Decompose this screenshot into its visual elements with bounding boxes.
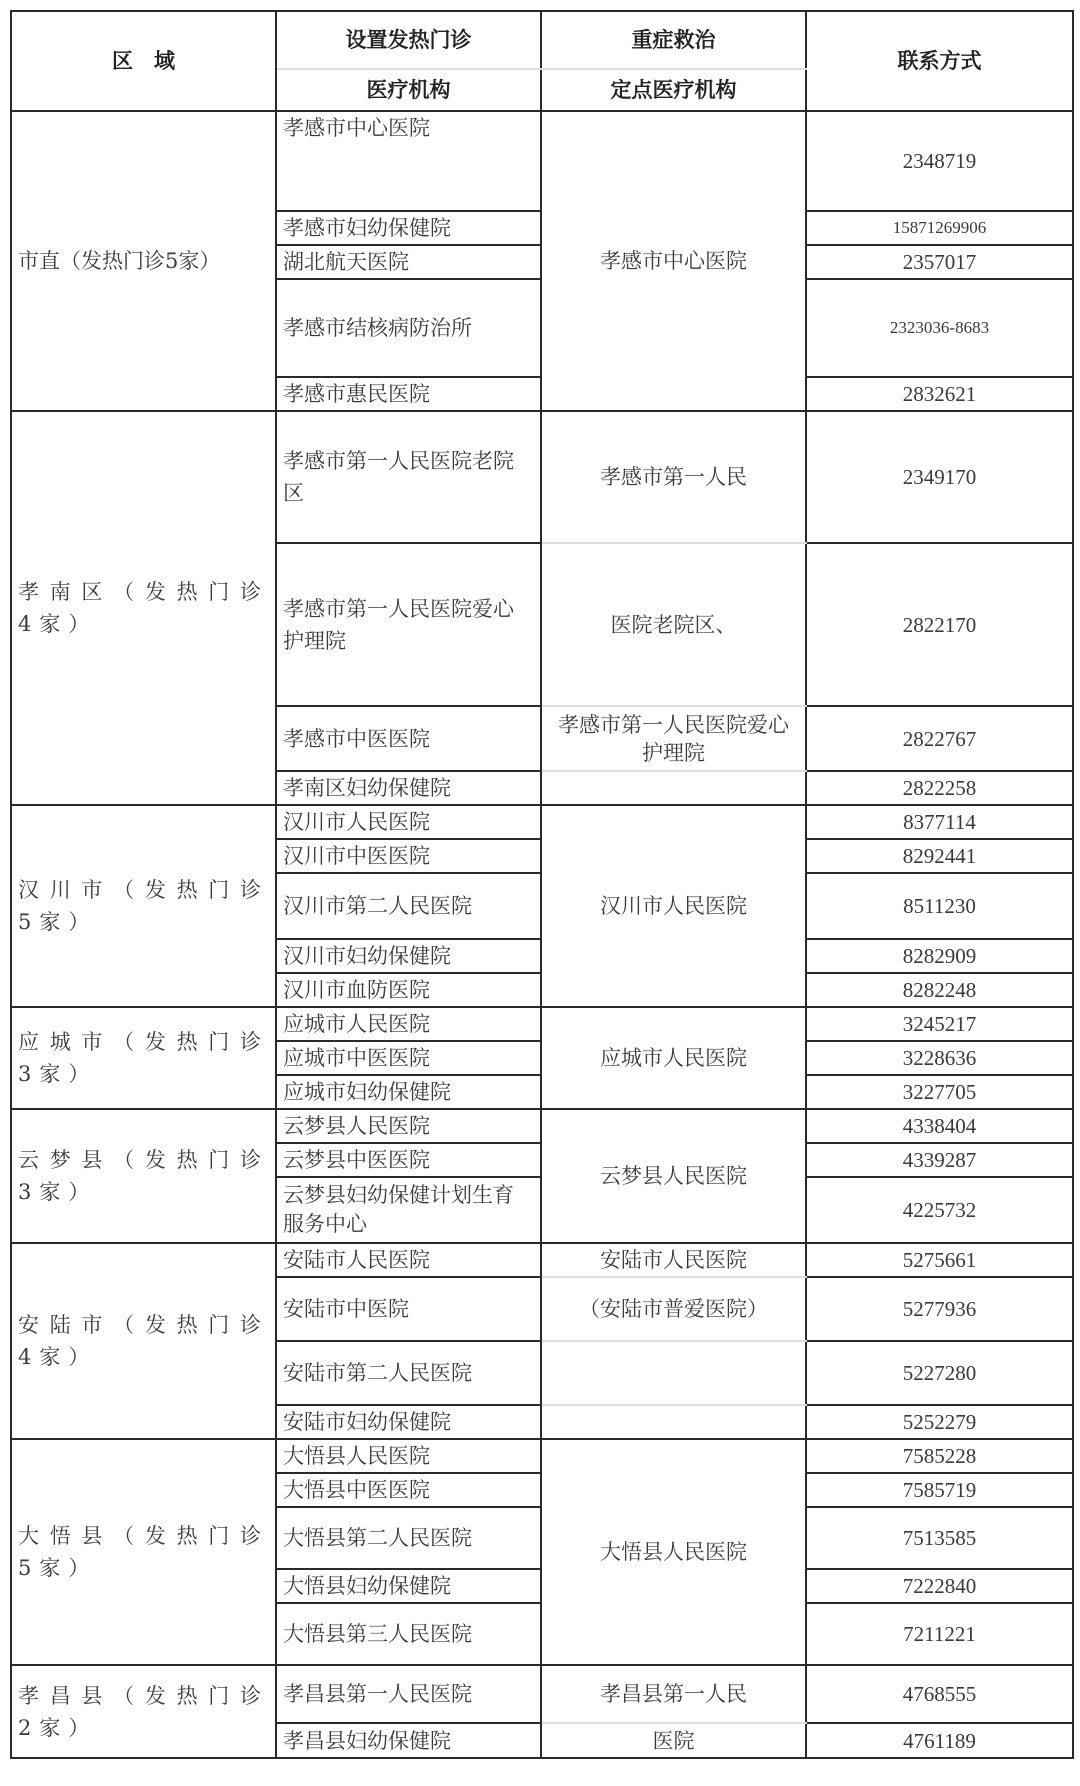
- phone-cell: 2357017: [806, 245, 1073, 279]
- institution-cell: 安陆市中医院: [276, 1277, 541, 1341]
- institution-cell: 孝昌县第一人民医院: [276, 1665, 541, 1723]
- institution-cell: 孝感市中心医院: [276, 111, 541, 211]
- institution-cell: 安陆市妇幼保健院: [276, 1405, 541, 1439]
- region-cell: 大悟县（发热门诊5家）: [11, 1439, 276, 1665]
- critical-care-cell: 医院老院区、: [541, 543, 806, 706]
- institution-cell: 云梦县中医医院: [276, 1143, 541, 1177]
- phone-cell: 5227280: [806, 1341, 1073, 1405]
- phone-cell: 8282909: [806, 939, 1073, 973]
- institution-cell: 汉川市第二人民医院: [276, 873, 541, 939]
- phone-cell: 2822767: [806, 706, 1073, 771]
- phone-cell: 4338404: [806, 1109, 1073, 1143]
- institution-cell: 大悟县人民医院: [276, 1439, 541, 1473]
- region-cell: 孝昌县（发热门诊2家）: [11, 1665, 276, 1758]
- institution-cell: 孝感市第一人民医院爱心护理院: [276, 543, 541, 706]
- phone-cell: 4761189: [806, 1723, 1073, 1758]
- phone-cell: 3245217: [806, 1007, 1073, 1041]
- critical-care-cell: 孝昌县第一人民: [541, 1665, 806, 1723]
- institution-cell: 应城市中医医院: [276, 1041, 541, 1075]
- critical-care-cell: 应城市人民医院: [541, 1007, 806, 1109]
- critical-care-cell: 孝感市中心医院: [541, 111, 806, 411]
- header-contact: 联系方式: [806, 11, 1073, 111]
- institution-cell: 应城市妇幼保健院: [276, 1075, 541, 1109]
- phone-cell: 8511230: [806, 873, 1073, 939]
- phone-cell: 7585719: [806, 1473, 1073, 1507]
- institution-cell: 大悟县中医医院: [276, 1473, 541, 1507]
- phone-cell: 2349170: [806, 411, 1073, 543]
- institution-cell: 汉川市人民医院: [276, 805, 541, 839]
- institution-cell: 汉川市妇幼保健院: [276, 939, 541, 973]
- institution-cell: 云梦县人民医院: [276, 1109, 541, 1143]
- institution-cell: 汉川市血防医院: [276, 973, 541, 1007]
- phone-cell: 5277936: [806, 1277, 1073, 1341]
- phone-cell: 7513585: [806, 1507, 1073, 1569]
- critical-care-cell: 云梦县人民医院: [541, 1109, 806, 1243]
- critical-care-cell: 汉川市人民医院: [541, 805, 806, 1007]
- region-cell: 市直（发热门诊5家）: [11, 111, 276, 411]
- phone-cell: 8292441: [806, 839, 1073, 873]
- phone-cell: 2832621: [806, 377, 1073, 411]
- institution-cell: 应城市人民医院: [276, 1007, 541, 1041]
- critical-care-cell: [541, 1341, 806, 1405]
- institution-cell: 大悟县妇幼保健院: [276, 1569, 541, 1603]
- institution-cell: 湖北航天医院: [276, 245, 541, 279]
- phone-cell: 4339287: [806, 1143, 1073, 1177]
- institution-cell: 孝南区妇幼保健院: [276, 771, 541, 805]
- region-cell: 应城市（发热门诊3家）: [11, 1007, 276, 1109]
- institution-cell: 大悟县第二人民医院: [276, 1507, 541, 1569]
- institution-cell: 孝感市第一人民医院老院区: [276, 411, 541, 543]
- critical-care-cell: [541, 771, 806, 805]
- phone-cell: 2822170: [806, 543, 1073, 706]
- phone-cell: 4225732: [806, 1177, 1073, 1243]
- phone-cell: 7222840: [806, 1569, 1073, 1603]
- institution-cell: 孝感市中医医院: [276, 706, 541, 771]
- header-critical-care-line2: 定点医疗机构: [541, 69, 806, 111]
- fever-clinic-table: 区 域 设置发热门诊 重症救治 联系方式 医疗机构 定点医疗机构 市直（发热门诊…: [10, 10, 1072, 1759]
- institution-cell: 汉川市中医医院: [276, 839, 541, 873]
- region-cell: 汉川市（发热门诊5家）: [11, 805, 276, 1007]
- phone-cell: 5275661: [806, 1243, 1073, 1277]
- phone-cell: 2348719: [806, 111, 1073, 211]
- critical-care-cell: 孝感市第一人民: [541, 411, 806, 543]
- region-cell: 云梦县（发热门诊3家）: [11, 1109, 276, 1243]
- header-fever-clinic-line2: 医疗机构: [276, 69, 541, 111]
- institution-cell: 安陆市人民医院: [276, 1243, 541, 1277]
- critical-care-cell: 大悟县人民医院: [541, 1439, 806, 1665]
- institution-cell: 孝昌县妇幼保健院: [276, 1723, 541, 1758]
- phone-cell: 3228636: [806, 1041, 1073, 1075]
- header-region: 区 域: [11, 11, 276, 111]
- phone-cell: 5252279: [806, 1405, 1073, 1439]
- institution-cell: 孝感市妇幼保健院: [276, 211, 541, 245]
- critical-care-cell: 安陆市人民医院: [541, 1243, 806, 1277]
- phone-cell: 8377114: [806, 805, 1073, 839]
- phone-cell: 2822258: [806, 771, 1073, 805]
- institution-cell: 云梦县妇幼保健计划生育服务中心: [276, 1177, 541, 1243]
- critical-care-cell: 医院: [541, 1723, 806, 1758]
- institution-cell: 孝感市惠民医院: [276, 377, 541, 411]
- header-critical-care-line1: 重症救治: [541, 11, 806, 69]
- phone-cell: 2323036-8683: [806, 279, 1073, 377]
- phone-cell: 15871269906: [806, 211, 1073, 245]
- phone-cell: 7211221: [806, 1603, 1073, 1665]
- header-fever-clinic-line1: 设置发热门诊: [276, 11, 541, 69]
- phone-cell: 7585228: [806, 1439, 1073, 1473]
- region-cell: 孝南区（发热门诊4家）: [11, 411, 276, 805]
- institution-cell: 孝感市结核病防治所: [276, 279, 541, 377]
- phone-cell: 3227705: [806, 1075, 1073, 1109]
- phone-cell: 4768555: [806, 1665, 1073, 1723]
- institution-cell: 安陆市第二人民医院: [276, 1341, 541, 1405]
- region-cell: 安陆市（发热门诊4家）: [11, 1243, 276, 1439]
- phone-cell: 8282248: [806, 973, 1073, 1007]
- institution-cell: 大悟县第三人民医院: [276, 1603, 541, 1665]
- critical-care-cell: （安陆市普爱医院）: [541, 1277, 806, 1341]
- critical-care-cell: [541, 1405, 806, 1439]
- critical-care-cell: 孝感市第一人民医院爱心护理院: [541, 706, 806, 771]
